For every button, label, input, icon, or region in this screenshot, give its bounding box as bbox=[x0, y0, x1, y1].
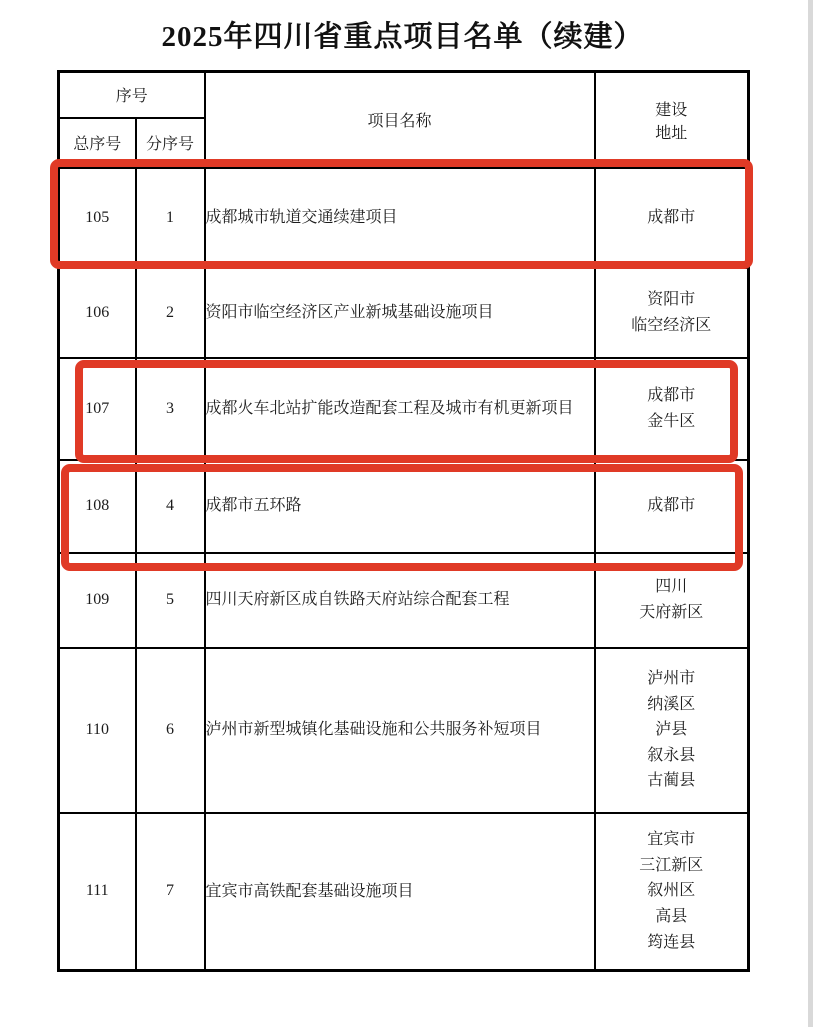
cell-location: 泸州市纳溪区泸县叙永县古蔺县 bbox=[595, 648, 749, 813]
cell-location: 成都市 bbox=[595, 168, 749, 268]
table-row-111: 1117宜宾市高铁配套基础设施项目宜宾市三江新区叙州区高县筠连县 bbox=[59, 813, 749, 971]
cell-total-no: 105 bbox=[59, 168, 136, 268]
table-row-108: 1084成都市五环路成都市 bbox=[59, 460, 749, 553]
page-title: 2025年四川省重点项目名单（续建） bbox=[0, 14, 805, 55]
cell-total-no: 110 bbox=[59, 648, 136, 813]
header-location-line2: 地址 bbox=[655, 125, 687, 142]
cell-location: 成都市 bbox=[595, 460, 749, 553]
header-xuhao: 序号 bbox=[59, 72, 205, 118]
header-project-name: 项目名称 bbox=[205, 72, 595, 168]
cell-total-no: 111 bbox=[59, 813, 136, 971]
cell-project-name: 泸州市新型城镇化基础设施和公共服务补短项目 bbox=[205, 648, 595, 813]
cell-project-name: 宜宾市高铁配套基础设施项目 bbox=[205, 813, 595, 971]
cell-project-name: 成都市五环路 bbox=[205, 460, 595, 553]
cell-sub-no: 3 bbox=[136, 358, 205, 460]
cell-location: 资阳市临空经济区 bbox=[595, 268, 749, 358]
cell-total-no: 106 bbox=[59, 268, 136, 358]
cell-project-name: 成都城市轨道交通续建项目 bbox=[205, 168, 595, 268]
document-page: 2025年四川省重点项目名单（续建） 序号 项目名称 建设 地址 总序号 分序号… bbox=[0, 0, 813, 1027]
cell-project-name: 成都火车北站扩能改造配套工程及城市有机更新项目 bbox=[205, 358, 595, 460]
cell-sub-no: 7 bbox=[136, 813, 205, 971]
header-zong-xuhao: 总序号 bbox=[59, 118, 136, 168]
table-row-107: 1073成都火车北站扩能改造配套工程及城市有机更新项目成都市金牛区 bbox=[59, 358, 749, 460]
cell-sub-no: 6 bbox=[136, 648, 205, 813]
table-row-105: 1051成都城市轨道交通续建项目成都市 bbox=[59, 168, 749, 268]
projects-table: 序号 项目名称 建设 地址 总序号 分序号 1051成都城市轨道交通续建项目成都… bbox=[57, 70, 750, 972]
scan-right-edge-shadow bbox=[808, 0, 813, 1027]
cell-sub-no: 1 bbox=[136, 168, 205, 268]
cell-sub-no: 4 bbox=[136, 460, 205, 553]
cell-project-name: 四川天府新区成自铁路天府站综合配套工程 bbox=[205, 553, 595, 648]
header-location: 建设 地址 bbox=[595, 72, 749, 168]
header-row-1: 序号 项目名称 建设 地址 bbox=[59, 72, 749, 118]
cell-project-name: 资阳市临空经济区产业新城基础设施项目 bbox=[205, 268, 595, 358]
cell-sub-no: 5 bbox=[136, 553, 205, 648]
table-row-110: 1106泸州市新型城镇化基础设施和公共服务补短项目泸州市纳溪区泸县叙永县古蔺县 bbox=[59, 648, 749, 813]
table-row-109: 1095四川天府新区成自铁路天府站综合配套工程四川天府新区 bbox=[59, 553, 749, 648]
cell-location: 宜宾市三江新区叙州区高县筠连县 bbox=[595, 813, 749, 971]
header-fen-xuhao: 分序号 bbox=[136, 118, 205, 168]
cell-total-no: 107 bbox=[59, 358, 136, 460]
cell-location: 四川天府新区 bbox=[595, 553, 749, 648]
table-row-106: 1062资阳市临空经济区产业新城基础设施项目资阳市临空经济区 bbox=[59, 268, 749, 358]
cell-sub-no: 2 bbox=[136, 268, 205, 358]
header-location-line1: 建设 bbox=[655, 102, 687, 119]
cell-total-no: 108 bbox=[59, 460, 136, 553]
table-body: 1051成都城市轨道交通续建项目成都市1062资阳市临空经济区产业新城基础设施项… bbox=[59, 168, 749, 971]
cell-total-no: 109 bbox=[59, 553, 136, 648]
cell-location: 成都市金牛区 bbox=[595, 358, 749, 460]
